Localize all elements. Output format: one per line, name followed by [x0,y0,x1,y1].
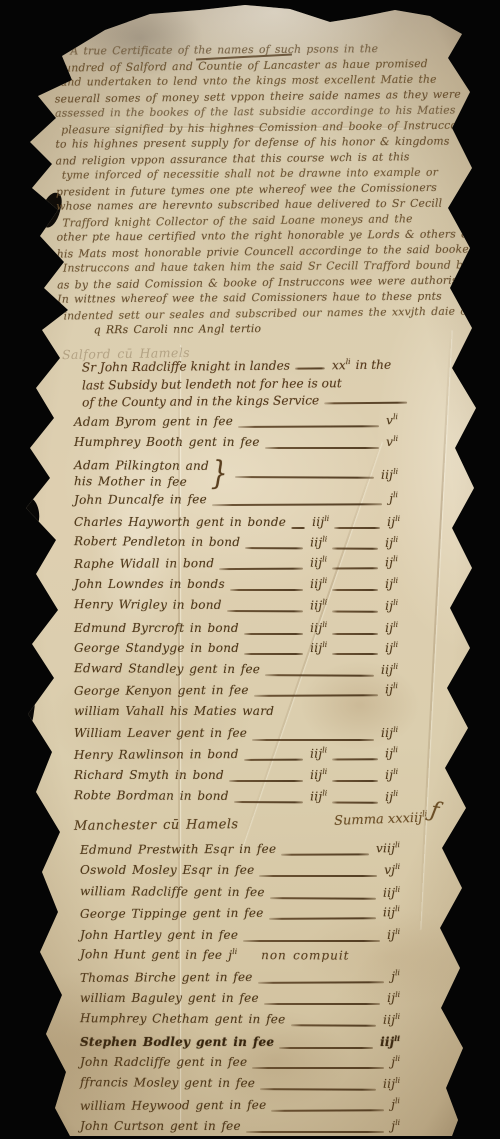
pound-unit: li [393,576,398,585]
entries-salford: Adam Byrom gent in feevliHumphrey Booth … [74,414,398,810]
entry-name: Robert Pendleton in bond [74,534,240,549]
pound-unit: li [395,968,400,977]
summa-value: xxxiij [387,811,422,827]
pound-unit: li [393,662,398,671]
entry-row: william Vahall his Maties ward [74,704,398,725]
amount-value: iij [310,746,322,760]
amount-rule [332,611,378,613]
preamble-line: assessed in the bookes of the last subsi… [55,102,473,121]
amount-rule [332,633,378,635]
entry-name: william Radcliffe gent in fee [80,884,265,899]
amount-rule [238,425,379,428]
entry-row: John Radcliffe gent in feejli [80,1055,400,1076]
pound-unit: li [395,927,400,936]
amount-value: xx [332,358,346,372]
entry-name: william Baguley gent in fee [80,991,259,1005]
summa-total: Summa xxxiijliƒ [333,802,438,831]
entry-name-line1: Adam Pilkington and [74,458,209,475]
pound-unit: li [393,681,398,690]
amount-rule [295,368,325,370]
amount-rule [254,694,378,697]
amount-value: ij [387,515,395,529]
radcliffe-note-line1: Sr John Radcliffe knight in landes xxli … [82,357,412,377]
amount-rule [244,653,303,655]
entry-name: John Radcliffe gent in fee [80,1055,247,1069]
entry-row: Richard Smyth in bondiijliijli [74,768,398,789]
non-comput-note: non compuit [261,949,349,963]
amount: ijli [387,515,400,529]
entry-name: John Lowndes in bonds [74,577,225,591]
entry-name: Thomas Birche gent in fee [80,970,253,985]
pound-unit: li [393,620,398,629]
brace-mark: } [211,455,228,493]
entry-row: Humphrey Booth gent in feevli [74,435,398,456]
entry-name: George Kenyon gent in fee [74,683,249,698]
entry-name: Henry Rawlinson in bond [74,747,239,762]
entry-row: George Standyge in bondiijliijli [74,641,398,662]
preamble-line: and undertaken to lend vnto the kings mo… [55,71,473,90]
amount: iijli [312,515,329,529]
parchment-sheet: A true Certificate of the names of such … [0,0,500,1139]
preamble-line: In wittnes whereof wee the said Comissio… [57,288,475,307]
entry-row: Robert Pendleton in bondiijliijli [74,534,398,557]
pound-unit: li [393,535,398,544]
amount: iijli [310,577,327,591]
amount: jli [391,1119,400,1133]
pound-unit: li [395,1012,400,1021]
entry-name: ffrancis Mosley gent in fee [80,1075,255,1090]
entry-row: Stephen Bodley gent in feeiijli [80,1035,400,1056]
preamble-line: q RRs Caroli nnc Angl tertio [58,319,476,338]
radcliffe-note-text: Sr John Radcliffe knight in landes [82,358,290,377]
preamble-line: tyme inforced of necessitie shall not be… [56,164,474,183]
pound-unit: li [395,884,400,893]
pound-unit: li [421,809,426,818]
amount: vjli [384,863,400,877]
amount-value: ij [385,621,393,635]
pound-unit: li [322,788,327,797]
entry-name: Oswold Mosley Esqr in fee [80,863,254,877]
entry-row: William Leaver gent in feeiijli [74,726,398,747]
amount-rule [235,476,374,479]
amount: ijli [385,682,398,696]
amount-value: iij [381,663,393,677]
amount: ijli [385,790,398,804]
pound-unit: li [395,1096,400,1105]
entry-row: John Curtson gent in feejli [80,1119,400,1139]
entry-row: John Lowndes in bondsiijliijli [74,577,398,598]
amount-rule [212,504,382,507]
amount-value: vj [384,863,395,877]
entries-manchester: Edmund Prestwith Esqr in feeviijliOswold… [80,842,400,1139]
amount-rule [332,547,378,549]
entry-name: John Hartley gent in fee [80,928,238,942]
amount: iijli [310,746,327,760]
amount-rule [252,1067,384,1069]
amount-value: iij [380,1035,394,1049]
entry-name: Raphe Widall in bond [74,556,214,571]
amount: vli [386,435,398,449]
preamble-line: A true Certificate of the names of such … [54,40,472,59]
amount: xxli [332,357,351,375]
pound-unit: li [346,357,351,366]
pound-unit: li [394,1034,400,1043]
preamble-line: Instruccons and haue taken him the said … [57,257,475,276]
section-heading-manchester: Manchester cū Hamels [74,817,239,834]
entry-row: Henry Rawlinson in bondiijliijli [74,746,398,769]
amount: iijli [310,641,327,655]
amount-rule [234,801,303,803]
entry-row: Edward Standley gent in feeiijli [74,661,398,684]
pound-unit: li [393,491,398,500]
entry-name: Adam Byrom gent in fee [74,414,233,429]
entry-name: Stephen Bodley gent in fee [80,1035,274,1049]
preamble-line: other pte haue certified vnto the right … [57,226,475,245]
pound-unit: li [395,514,400,523]
amount-value: iij [310,621,322,635]
entry-row: Edmund Prestwith Esqr in feeviijli [80,841,400,864]
entry-row: George Tippinge gent in feeiijli [80,905,400,928]
amount-rule [290,1025,376,1027]
amount-value: iij [383,885,395,899]
amount-value: iij [310,641,322,655]
amount: ijli [387,928,400,942]
entry-row: Edmund Byrcroft in bondiijliijli [74,621,398,642]
entry-name: Humphrey Booth gent in fee [74,435,260,449]
amount-value: iij [312,515,324,529]
pound-unit: li [393,745,398,754]
handwritten-content: A true Certificate of the names of such … [0,0,500,1139]
entry-name: william Vahall his Maties ward [74,704,274,718]
pound-unit: li [393,789,398,798]
radcliffe-note-line3: of the County and in the kings Service [82,392,412,412]
entry-row: william Heywood gent in feejli [80,1097,400,1120]
amount: iijli [310,555,327,569]
entry-name: Edward Standley gent in fee [74,661,260,676]
entry-name: Charles Hayworth gent in bonde [74,515,286,529]
amount-value: iij [310,789,322,803]
entry-row: william Radcliffe gent in feeiijli [80,884,400,907]
amount-rule [324,402,407,405]
amount-rule [332,780,378,782]
pound-unit: li [322,767,327,776]
amount: jli [391,1097,400,1111]
pound-unit: li [393,467,398,476]
pound-unit: li [393,598,398,607]
pound-unit: li [322,620,327,629]
entry-name: William Leaver gent in fee [74,726,247,740]
amount: jli [228,948,237,962]
amount: iijli [310,535,327,549]
amount-value: iij [381,726,393,740]
amount-rule [260,1089,376,1092]
entry-row: John Hartley gent in feeijli [80,928,400,949]
amount: iijli [383,1013,400,1027]
amount-value: ij [385,641,393,655]
entry-row: Oswold Mosley Esqr in feevjli [80,863,400,884]
amount-rule [252,739,374,741]
amount-rule [271,1109,384,1112]
entry-name: John Hunt gent in fee [80,948,222,963]
amount: iijli [383,905,400,919]
entry-row: John Hunt gent in feejlinon compuit [80,948,400,971]
amount-rule [258,981,385,984]
amount-value: viij [376,841,395,855]
pound-unit: li [322,576,327,585]
entry-row: william Baguley gent in feeijli [80,991,400,1012]
preamble-line: to his highnes present supply for defens… [55,133,473,152]
entry-name: George Tippinge gent in fee [80,906,264,921]
amount-value: ij [387,928,395,942]
amount: viijli [376,841,400,855]
amount: iijli [383,1077,400,1091]
pound-unit: li [232,947,237,956]
amount-rule [245,547,303,549]
pound-unit: li [322,598,327,607]
amount: iijli [381,726,398,740]
amount-rule [265,674,374,677]
radcliffe-note-text: of the County and in the kings Service [82,392,319,412]
amount-value: ij [385,768,393,782]
flourish-mark: ƒ [428,798,440,824]
amount: iijli [381,663,398,677]
amount: ijli [385,641,398,655]
amount-rule [269,917,376,920]
amount-rule [265,447,379,449]
pound-unit: li [395,862,400,871]
entry-name: Edmund Prestwith Esqr in fee [80,842,276,857]
preamble-line: whose names are herevnto subscribed haue… [56,195,474,214]
amount-rule [244,758,304,760]
pound-unit: li [393,412,398,421]
amount: iijli [381,468,398,482]
amount-rule [332,758,378,760]
amount-rule [227,610,304,612]
amount-value: ij [385,577,393,591]
amount: ijli [385,621,398,635]
amount-rule [246,1131,384,1133]
entry-name: william Heywood gent in fee [80,1097,267,1112]
pound-unit: li [322,554,327,563]
pound-unit: li [324,514,329,523]
entry-name: Edmund Byrcroft in bond [74,621,239,635]
pound-unit: li [322,745,327,754]
amount: iijli [383,885,400,899]
amount-rule [291,527,305,529]
entry-row: Adam Byrom gent in feevli [74,413,398,436]
entry-name: Robte Bordman in bond [74,788,229,803]
summa-label: Summa [333,812,383,829]
pound-unit: li [393,434,398,443]
radcliffe-note-tail: in the [356,357,392,375]
amount-rule [332,653,378,655]
amount-rule [334,527,380,529]
amount-rule [264,1003,380,1005]
amount: jli [391,969,400,983]
entry-name: Humphrey Chetham gent in fee [80,1012,286,1027]
amount-rule [332,589,378,591]
amount-value: iij [383,905,395,919]
pound-unit: li [393,767,398,776]
amount: ijli [385,577,398,591]
entry-row: Charles Hayworth gent in bondeiijliijli [74,515,398,536]
amount-value: iij [383,1077,395,1091]
manuscript-photograph: A true Certificate of the names of such … [0,0,500,1139]
amount-value: iij [383,1013,395,1027]
pound-unit: li [395,1076,400,1085]
amount-value: ij [387,991,395,1005]
pound-unit: li [393,725,398,734]
amount: ijli [385,555,398,569]
amount-value: iij [310,599,322,613]
entry-row: Adam Pilkington andhis Mother in fee}iij… [74,456,398,494]
pound-unit: li [395,990,400,999]
amount: ijli [387,991,400,1005]
entry-row: John Duncalfe in feejli [74,492,398,515]
entry-row: Thomas Birche gent in feejli [80,969,400,992]
amount-value: iij [310,535,322,549]
amount-rule [332,567,378,569]
pound-unit: li [322,534,327,543]
amount: vli [386,413,398,427]
pound-unit: li [393,554,398,563]
preamble: A true Certificate of the names of such … [54,39,476,339]
amount: iijli [310,789,327,803]
amount: jli [391,1055,400,1069]
entry-name: George Standyge in bond [74,641,239,655]
amount: ijli [385,599,398,613]
entry-row: ffrancis Mosley gent in feeiijli [80,1075,400,1098]
amount-value: iij [310,577,322,591]
amount-value: iij [381,468,393,482]
amount-rule [230,589,303,591]
amount-rule [219,568,303,570]
pound-unit: li [395,1118,400,1127]
amount-rule [281,853,369,855]
entry-row: Raphe Widall in bondiijliijli [74,555,398,578]
amount-value: iij [310,768,322,782]
amount: iijli [310,599,327,613]
amount-rule [229,780,303,782]
amount: iijli [380,1035,400,1049]
entry-name-line2: his Mother in fee [74,474,209,491]
entry-name: John Duncalfe in fee [74,493,207,508]
pound-unit: li [395,904,400,913]
amount: iijli [310,621,327,635]
pound-unit: li [395,840,400,849]
amount-rule [270,897,376,900]
amount: ijli [385,746,398,760]
amount-rule [279,1047,373,1049]
amount: ijli [385,768,398,782]
entry-row: Humphrey Chetham gent in feeiijli [80,1012,400,1035]
entry-name: Richard Smyth in bond [74,768,224,782]
entry-row: George Kenyon gent in feeijli [74,682,398,705]
amount: ijli [385,536,398,550]
amount-rule [243,940,380,942]
amount: jli [389,492,398,506]
amount-value: iij [310,555,322,569]
entry-name: Adam Pilkington andhis Mother in fee [74,458,209,491]
entry-name: Henry Wrigley in bond [74,597,222,612]
entry-name: John Curtson gent in fee [80,1119,241,1133]
amount-rule [259,875,377,877]
radcliffe-note: Sr John Radcliffe knight in landes xxli … [82,357,412,412]
entry-row: Henry Wrigley in bondiijliijli [74,597,398,620]
amount: iijli [310,768,327,782]
amount-rule [244,633,303,635]
